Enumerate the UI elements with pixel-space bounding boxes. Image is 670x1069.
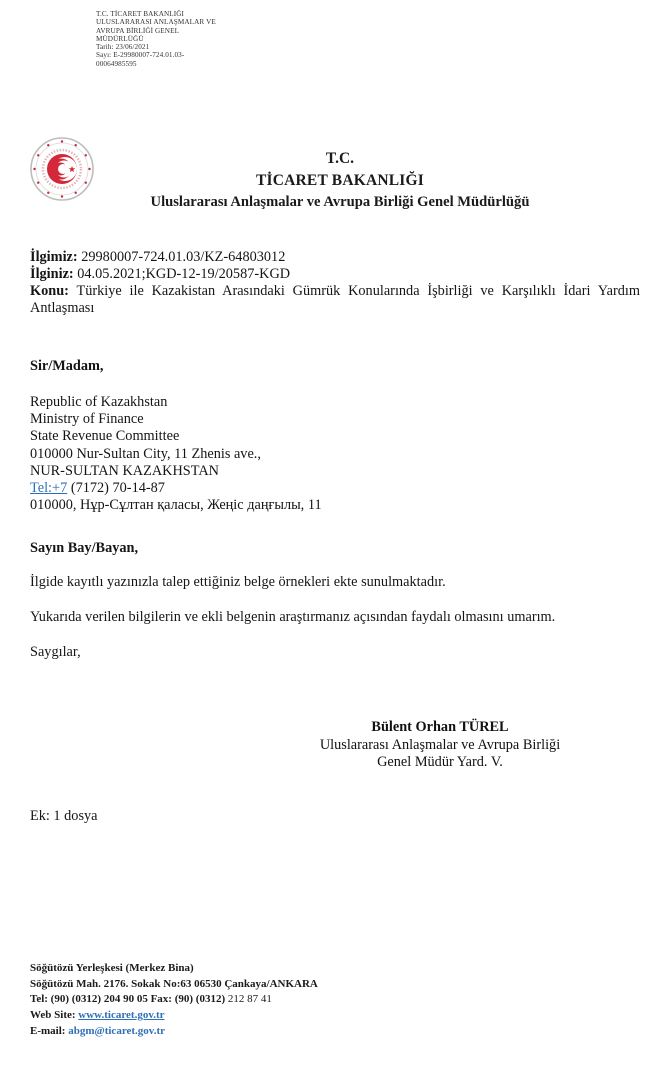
- address-line: State Revenue Committee: [30, 428, 322, 445]
- stamp-date: Tarih: 23/06/2021: [96, 43, 246, 51]
- website-label: Web Site:: [30, 1009, 78, 1021]
- footer-phone: Tel: (90) (0312) 204 90 05 Fax: (90) (03…: [30, 992, 318, 1008]
- stamp-line: ULUSLARARASI ANLAŞMALAR VE: [96, 18, 246, 26]
- document-stamp: T.C. TİCARET BAKANLIĞI ULUSLARARASI ANLA…: [96, 10, 246, 68]
- stamp-line: AVRUPA BİRLİĞİ GENEL: [96, 27, 246, 35]
- konu-label: Konu:: [30, 283, 69, 299]
- address-line: 010000 Nur-Sultan City, 11 Zhenis ave.,: [30, 446, 322, 463]
- salutation-en: Sir/Madam,: [30, 358, 103, 375]
- footer-contact: Söğütözü Yerleşkesi (Merkez Bina) Söğütö…: [30, 961, 318, 1040]
- signature-block: Bülent Orhan TÜREL Uluslararası Anlaşmal…: [290, 719, 590, 772]
- ilginiz-value: 04.05.2021;KGD-12-19/20587-KGD: [74, 266, 290, 282]
- header-department: Uluslararası Anlaşmalar ve Avrupa Birliğ…: [100, 194, 580, 211]
- stamp-number-cont: 00064985595: [96, 60, 246, 68]
- ilgimiz-label: İlgimiz:: [30, 249, 78, 265]
- closing: Saygılar,: [30, 644, 81, 661]
- footer-address: Söğütözü Mah. 2176. Sokak No:63 06530 Ça…: [30, 977, 318, 993]
- phone-number: (7172) 70-14-87: [67, 480, 165, 496]
- ilginiz-label: İlginiz:: [30, 266, 74, 282]
- footer-building: Söğütözü Yerleşkesi (Merkez Bina): [30, 961, 318, 977]
- stamp-date-value: 23/06/2021: [116, 43, 150, 51]
- recipient-address: Republic of Kazakhstan Ministry of Finan…: [30, 394, 322, 514]
- reference-ilginiz: İlginiz: 04.05.2021;KGD-12-19/20587-KGD: [30, 266, 290, 283]
- footer-website: Web Site: www.ticaret.gov.tr: [30, 1008, 318, 1024]
- body-paragraph: Yukarıda verilen bilgilerin ve ekli belg…: [30, 609, 555, 626]
- stamp-number-label: Sayı:: [96, 51, 111, 59]
- header-ministry: TİCARET BAKANLIĞI: [100, 172, 580, 190]
- email-link[interactable]: abgm@ticaret.gov.tr: [68, 1025, 165, 1037]
- address-line: Ministry of Finance: [30, 411, 322, 428]
- header-tc: T.C.: [100, 150, 580, 168]
- stamp-date-label: Tarih:: [96, 43, 114, 51]
- footer-email: E-mail: abgm@ticaret.gov.tr: [30, 1024, 318, 1040]
- stamp-line: MÜDÜRLÜĞÜ: [96, 35, 246, 43]
- subject-line: Konu: Türkiye ile Kazakistan Arasındaki …: [30, 283, 640, 317]
- greeting-tr: Sayın Bay/Bayan,: [30, 540, 138, 557]
- phone-link[interactable]: Tel:+7: [30, 480, 67, 496]
- konu-value: Türkiye ile Kazakistan Arasındaki Gümrük…: [30, 283, 640, 316]
- address-line: NUR-SULTAN KAZAKHSTAN: [30, 463, 322, 480]
- stamp-number-value: E-29980007-724.01.03-: [113, 51, 184, 59]
- reference-ilgimiz: İlgimiz: 29980007-724.01.03/KZ-64803012: [30, 249, 285, 266]
- address-line-kazakh: 010000, Нұр-Сұлтан қаласы, Жеңіс даңғылы…: [30, 497, 322, 514]
- signatory-title: Genel Müdür Yard. V.: [290, 754, 590, 772]
- stamp-number: Sayı: E-29980007-724.01.03-: [96, 51, 246, 59]
- signatory-name: Bülent Orhan TÜREL: [290, 719, 590, 737]
- address-line: Republic of Kazakhstan: [30, 394, 322, 411]
- website-link[interactable]: www.ticaret.gov.tr: [78, 1009, 164, 1021]
- footer-phone-bold: Tel: (90) (0312) 204 90 05 Fax: (90) (03…: [30, 993, 228, 1005]
- email-label: E-mail:: [30, 1025, 68, 1037]
- stamp-line: T.C. TİCARET BAKANLIĞI: [96, 10, 246, 18]
- signatory-title: Uluslararası Anlaşmalar ve Avrupa Birliğ…: [290, 737, 590, 755]
- attachment-note: Ek: 1 dosya: [30, 808, 98, 825]
- body-paragraph: İlgide kayıtlı yazınızla talep ettiğiniz…: [30, 574, 446, 591]
- footer-fax-number: 212 87 41: [228, 993, 272, 1005]
- ministry-seal-icon: [29, 136, 95, 202]
- ilgimiz-value: 29980007-724.01.03/KZ-64803012: [78, 249, 286, 265]
- address-phone: Tel:+7 (7172) 70-14-87: [30, 480, 322, 497]
